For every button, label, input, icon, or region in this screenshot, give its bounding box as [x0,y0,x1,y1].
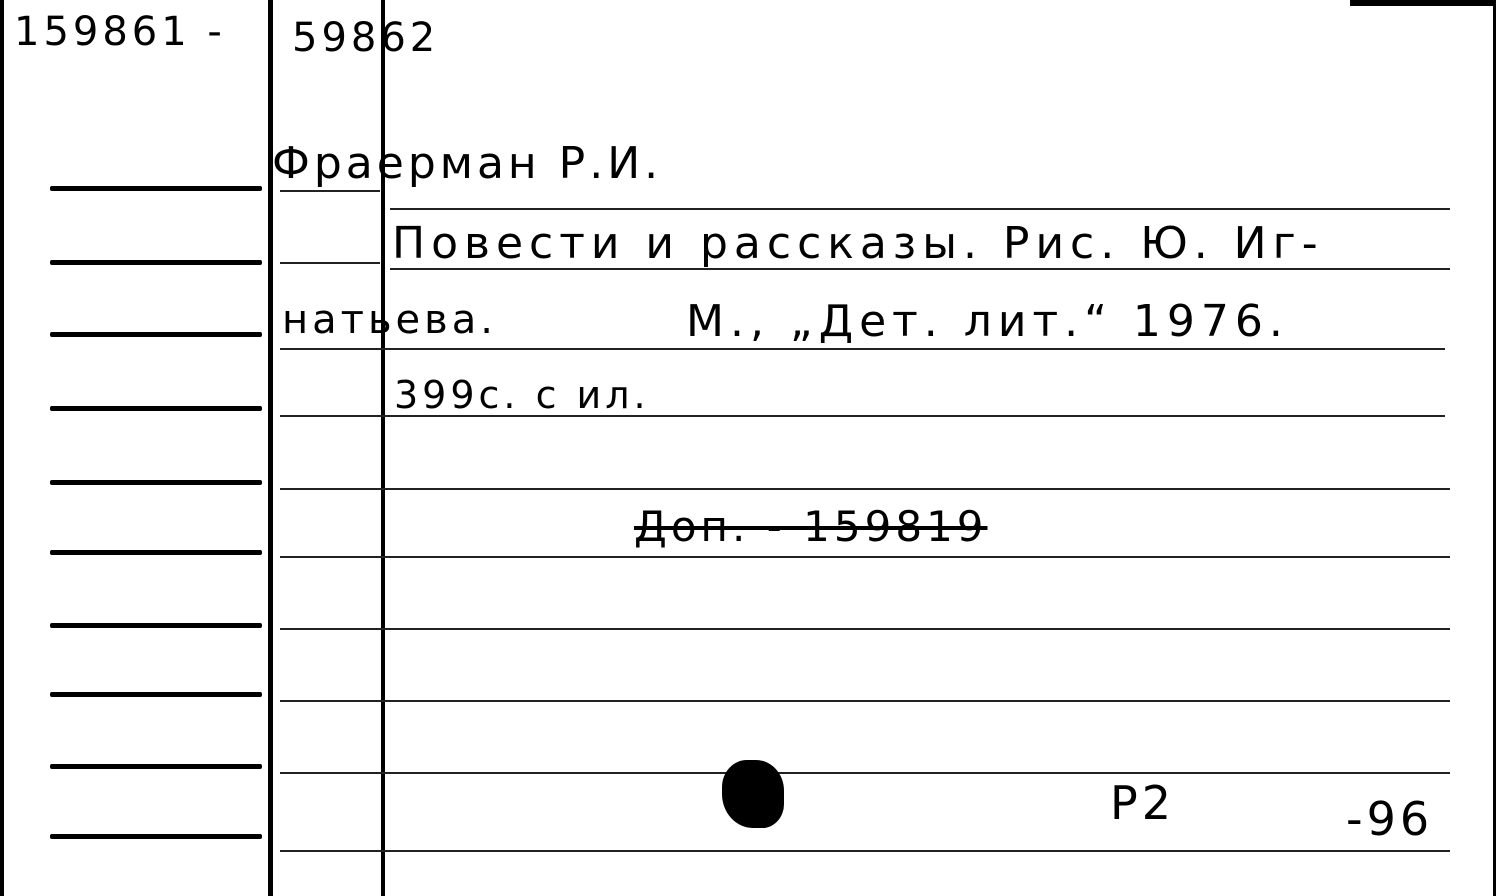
ruled-line [280,772,1450,774]
card-top-edge [1350,0,1496,6]
inventory-number-end: 59862 [292,18,439,58]
left-margin-line [50,692,262,697]
ruled-line [280,700,1450,702]
left-margin-line [50,550,262,555]
left-margin-line [50,623,262,628]
pagination: 399с. с ил. [394,376,650,414]
ruled-line [280,628,1450,630]
ruled-line [390,208,1450,210]
author-heading: Фраерман Р.И. [272,142,662,186]
ruled-line [280,190,380,192]
title-line-1: Повести и рассказы. Рис. Ю. Иг- [392,222,1324,266]
struck-cross-reference: Доп. - 159819 [634,506,988,548]
ruled-line [280,556,1450,558]
left-margin-line [50,406,262,411]
imprint: М., „Дет. лит.“ 1976. [686,300,1289,344]
left-margin-line [50,186,262,191]
ruled-line [280,262,380,264]
shelf-mark: Р2 [1110,780,1175,826]
margin-rule-left [268,0,273,896]
left-margin-line [50,834,262,839]
ruled-line [280,488,1450,490]
title-line-2: натьева. [282,300,497,340]
left-margin-line [50,764,262,769]
catalog-card: 159861 - 59862 Фраерман Р.И. Повести и р… [0,0,1496,896]
margin-rule-right [381,0,385,896]
ruled-line [280,850,1450,852]
ink-blot [722,760,784,828]
ruled-line [280,348,1445,350]
left-margin-line [50,260,262,265]
left-margin-line [50,480,262,485]
shelf-code: -96 [1346,796,1433,842]
inventory-number-start: 159861 - [14,12,226,52]
left-margin-line [50,332,262,337]
card-left-edge [0,0,4,896]
